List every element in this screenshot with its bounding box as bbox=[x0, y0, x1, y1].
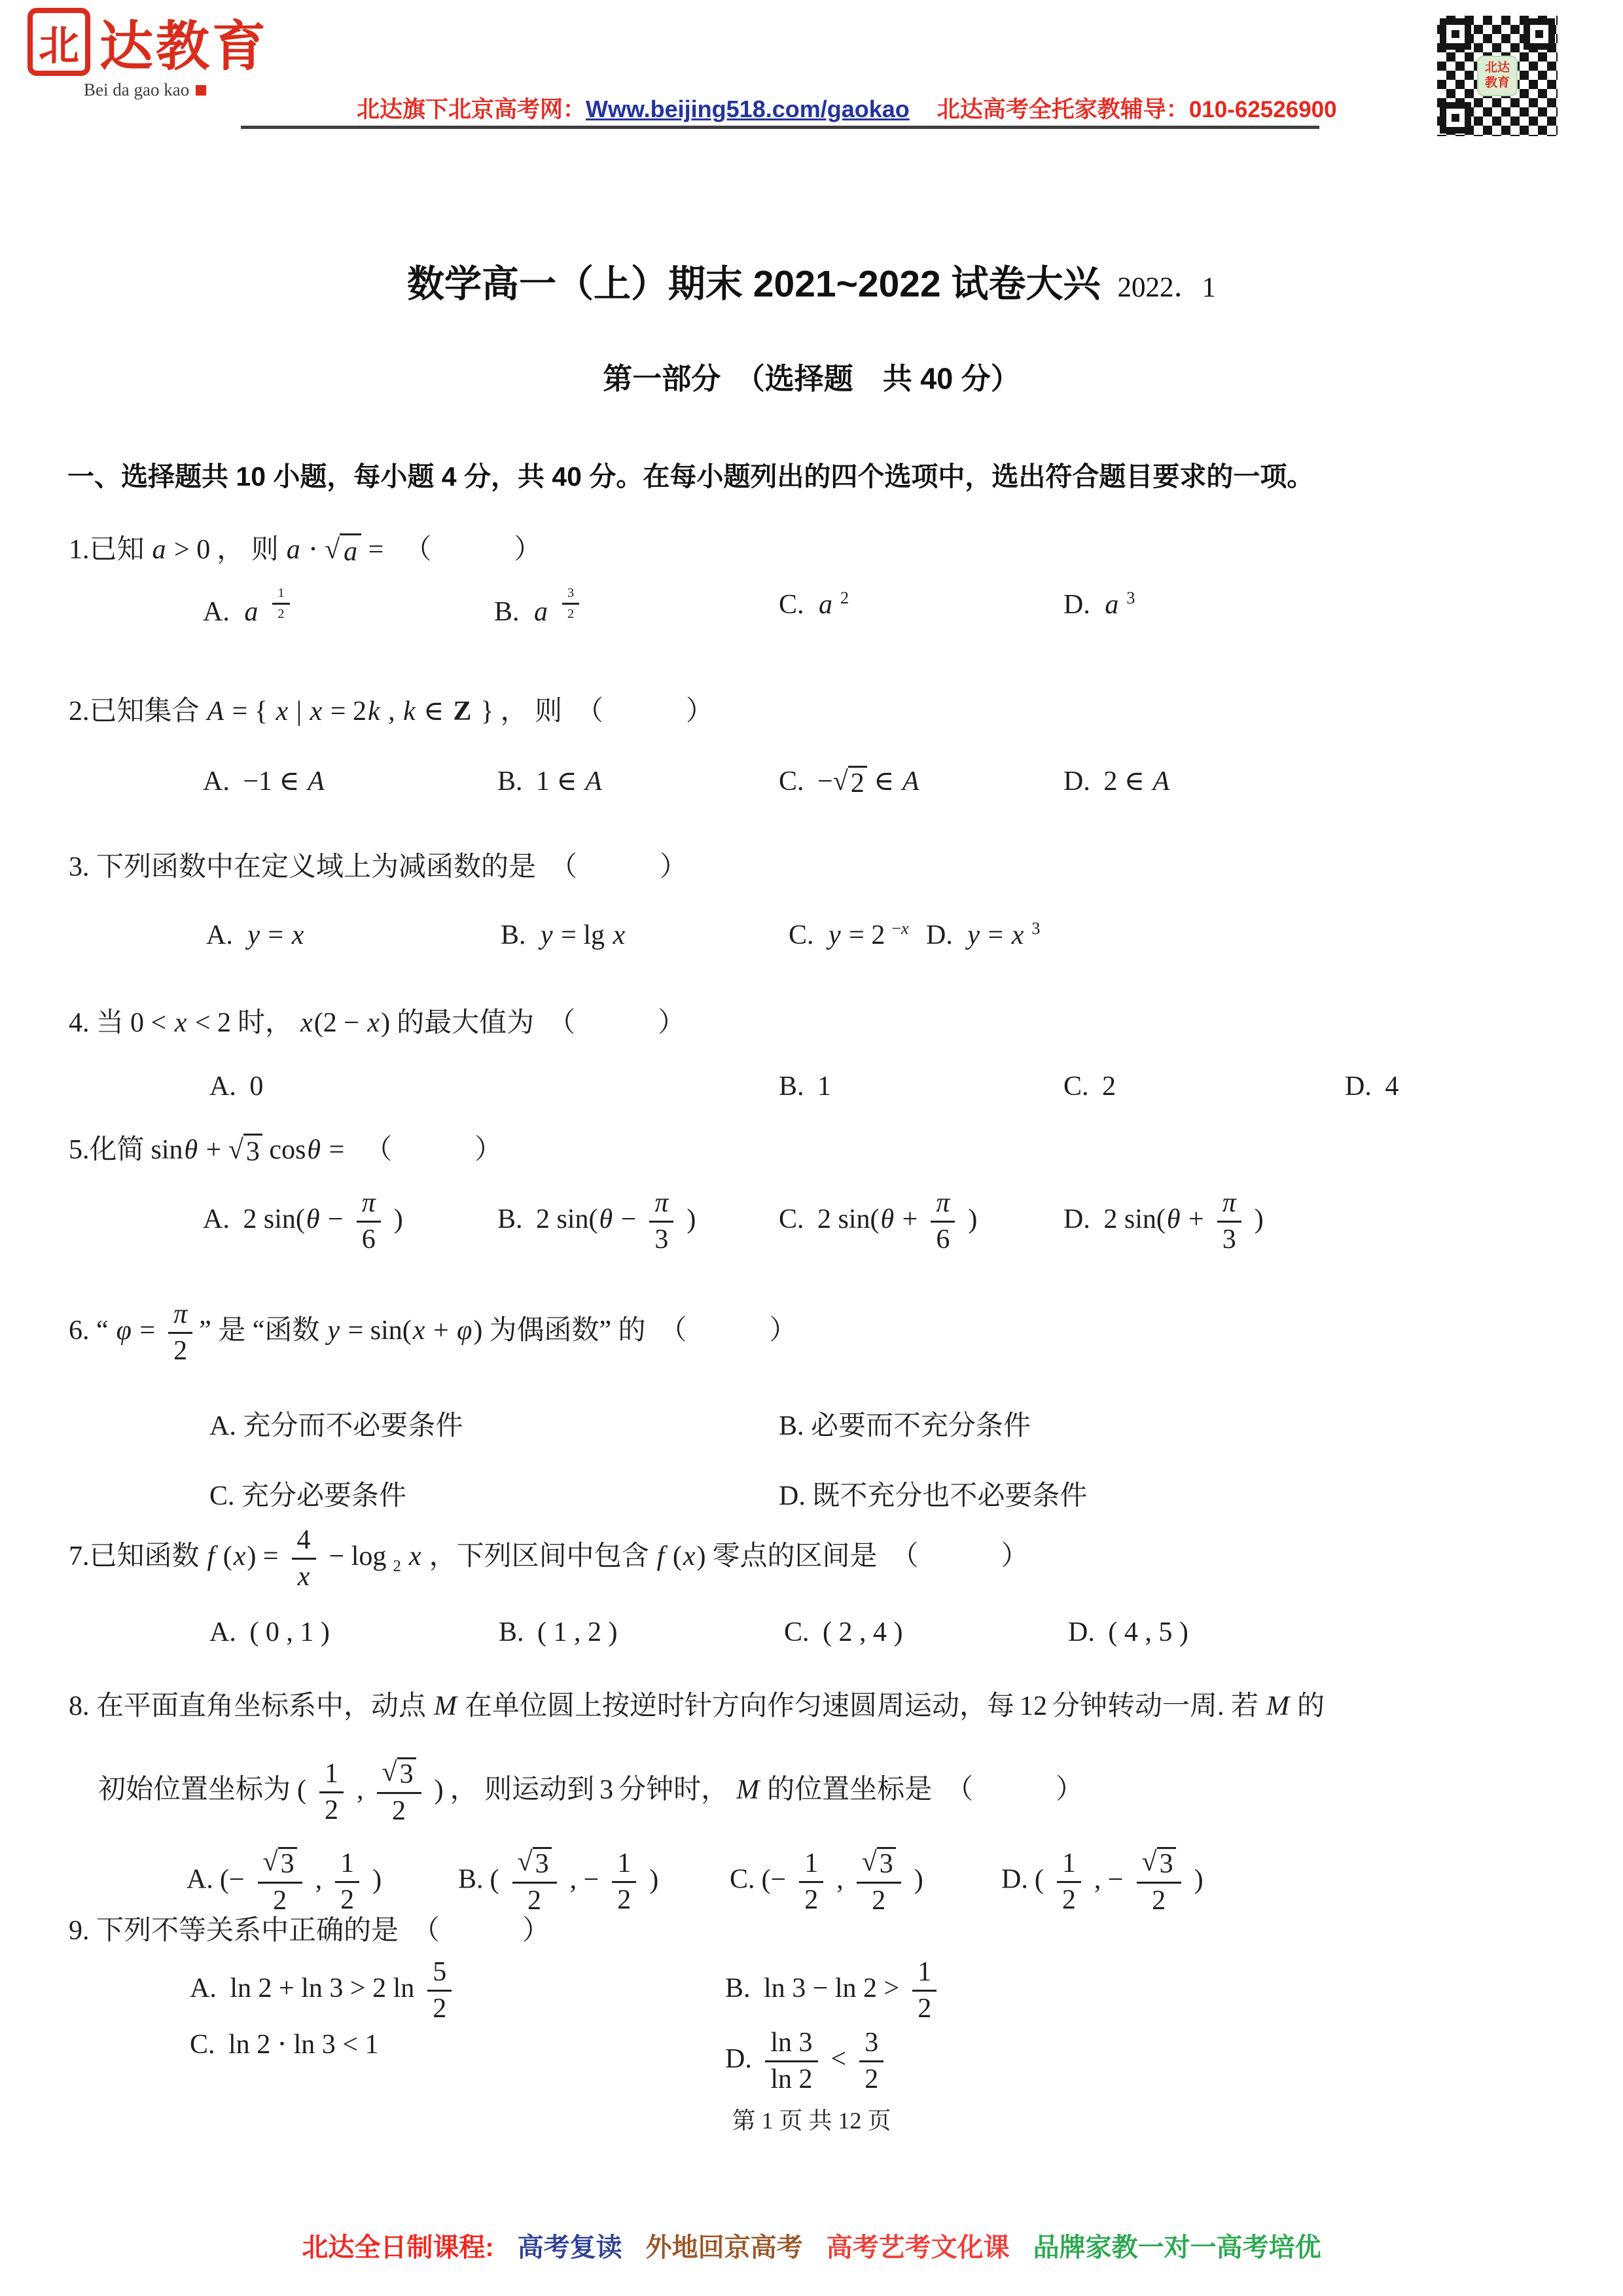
question-7-option-b: B. ( 1 , 2 ) bbox=[499, 1617, 624, 1648]
promo-segment: 高考艺考文化课 bbox=[827, 2233, 1010, 2262]
site-label: 北达旗下北京高考网： bbox=[357, 97, 586, 122]
question-1-option-a: A. a12 bbox=[203, 589, 296, 628]
question-2-option-c: C. −√2 ∈ A bbox=[779, 764, 927, 799]
question-4-option-a: A. 0 bbox=[209, 1071, 270, 1102]
question-8-option-c: C.(−12,√32) bbox=[730, 1847, 930, 1916]
question-9-option-c: C. ln 2 ⋅ ln 3 < 1 bbox=[190, 2028, 385, 2060]
header-divider bbox=[241, 126, 1319, 129]
question-5-option-d: D. 2 sin(θ +π3) bbox=[1063, 1188, 1270, 1255]
qr-logo-line1: 北达 bbox=[1485, 61, 1510, 76]
question-6-stem: 6. “φ =π2” 是 “函数y = sin(x + φ)为偶函数” 的 （ … bbox=[69, 1299, 797, 1367]
question-8-stem-line2: 初始位置坐标为(12,√32)， 则运动到3分钟时，M的位置坐标是 （ ） bbox=[98, 1757, 1083, 1827]
question-3-option-d: D. y = x3 bbox=[926, 920, 1040, 951]
question-6-option-b: B. 必要而不充分条件 bbox=[779, 1404, 1031, 1443]
promo-segment: 高考复读 bbox=[518, 2233, 622, 2262]
question-6-option-d: D. 既不充分也不必要条件 bbox=[779, 1474, 1087, 1513]
exam-title: 数学高一（上）期末 2021~2022 试卷大兴 2022．1 bbox=[0, 254, 1623, 308]
question-8-stem-line1: 8. 在平面直角坐标系中，动点M在单位圆上按逆时针方向作匀速圆周运动，每12分钟… bbox=[69, 1690, 1325, 1723]
qr-code-image: 北达 教育 bbox=[1437, 16, 1558, 136]
question-2-option-d: D. 2 ∈ A bbox=[1063, 764, 1177, 797]
question-5-options: A. 2 sin(θ −π6) B. 2 sin(θ −π3) C. 2 sin… bbox=[0, 1188, 1623, 1286]
question-9-option-b: B. ln 3 − ln 2 >12 bbox=[725, 1957, 943, 2024]
question-1-stem: 1.已知a > 0， 则a ⋅ √a = （ ） bbox=[69, 533, 541, 568]
question-8-option-a: A.(−√32,12) bbox=[187, 1847, 388, 1916]
question-1-options: A. a12 B. a32 C. a2 D. a3 bbox=[0, 589, 1623, 687]
logo-seal-char: 北 bbox=[39, 13, 79, 71]
question-5-stem: 5.化简sinθ + √3 cosθ = （ ） bbox=[69, 1134, 502, 1168]
qr-finder-icon bbox=[1440, 18, 1471, 50]
site-url-link[interactable]: Www.beijing518.com/gaokao bbox=[586, 96, 910, 122]
header-tagline: 北达旗下北京高考网：Www.beijing518.com/gaokao北达高考全… bbox=[357, 92, 1337, 124]
qr-logo-line2: 教育 bbox=[1485, 76, 1510, 91]
section-heading: 第一部分 （选择题 共 40 分） bbox=[0, 355, 1623, 397]
question-3-option-c: C. y = 2−x bbox=[789, 920, 909, 951]
question-1-option-c: C. a2 bbox=[779, 589, 849, 620]
question-9-options-row1: A. ln 2 + ln 3 > 2 ln52 B. ln 3 − ln 2 >… bbox=[0, 1957, 1623, 2036]
question-4-stem: 4. 当0 < x < 2时，x(2 − x)的最大值为 （ ） bbox=[69, 1007, 685, 1039]
question-6-option-c: C. 充分必要条件 bbox=[209, 1474, 406, 1513]
question-7-stem: 7.已知函数f (x) =4x− log2x，下列区间中包含f (x)零点的区间… bbox=[69, 1525, 1029, 1592]
promo-segment: 北达全日制课程: bbox=[302, 2233, 493, 2262]
page-number: 第 1 页 共 12 页 bbox=[0, 2102, 1623, 2136]
question-5-option-a: A. 2 sin(θ −π6) bbox=[203, 1188, 410, 1255]
question-3-option-a: A. y = x bbox=[206, 920, 312, 951]
question-4-option-c: C. 2 bbox=[1063, 1071, 1122, 1102]
red-square-icon bbox=[196, 85, 206, 96]
question-1-option-b: B. a32 bbox=[494, 589, 586, 628]
question-4-option-b: B. 1 bbox=[779, 1071, 838, 1102]
question-7-option-d: D. ( 4 , 5 ) bbox=[1068, 1617, 1195, 1648]
question-8-option-b: B.(√32, −12) bbox=[458, 1847, 665, 1916]
question-3-options: A. y = x B. y = lg x C. y = 2−x D. y = x… bbox=[0, 920, 1623, 1018]
question-2-option-a: A. −1 ∈ A bbox=[203, 764, 332, 797]
question-6-options-row1: A. 充分而不必要条件 B. 必要而不充分条件 bbox=[0, 1404, 1623, 1463]
footer-promo: 北达全日制课程:高考复读外地回京高考高考艺考文化课品牌家教一对一高考培优 bbox=[0, 2227, 1623, 2264]
question-8-option-d: D.(12, −√32) bbox=[1001, 1847, 1210, 1916]
question-2-options: A. −1 ∈ A B. 1 ∈ A C. −√2 ∈ A D. 2 ∈ A bbox=[0, 764, 1623, 863]
question-9-option-d: D. ln 3ln 2<32 bbox=[725, 2028, 890, 2095]
question-5-option-b: B. 2 sin(θ −π3) bbox=[497, 1188, 702, 1255]
exam-title-date: 2022．1 bbox=[1118, 272, 1217, 303]
question-7-options: A. ( 0 , 1 ) B. ( 1 , 2 ) C. ( 2 , 4 ) D… bbox=[0, 1617, 1623, 1676]
question-9-options-row2: C. ln 2 ⋅ ln 3 < 1 D. ln 3ln 2<32 bbox=[0, 2028, 1623, 2106]
promo-segment: 品牌家教一对一高考培优 bbox=[1033, 2233, 1321, 2262]
qr-center-logo: 北达 教育 bbox=[1477, 56, 1518, 96]
question-6-option-a: A. 充分而不必要条件 bbox=[209, 1404, 463, 1443]
instruction-text: 一、选择题共 10 小题，每小题 4 分，共 40 分。在每小题列出的四个选项中… bbox=[67, 455, 1313, 493]
logo-subtitle-text: Bei da gao kao bbox=[84, 80, 189, 99]
question-1-option-d: D. a3 bbox=[1063, 589, 1135, 620]
question-2-stem: 2.已知集合A = { x | x = 2k , k ∈Z}， 则 （ ） bbox=[69, 695, 713, 728]
logo-brand: 达教育 bbox=[99, 4, 268, 81]
qr-finder-icon bbox=[1440, 102, 1471, 134]
promo-segment: 外地回京高考 bbox=[646, 2233, 803, 2262]
question-6-options-row2: C. 充分必要条件 D. 既不充分也不必要条件 bbox=[0, 1474, 1623, 1533]
exam-title-main: 数学高一（上）期末 2021~2022 试卷大兴 bbox=[407, 263, 1101, 305]
exam-page: 北 达教育 Bei da gao kao 北达旗下北京高考网：Www.beiji… bbox=[0, 0, 1623, 2296]
tutor-label: 北达高考全托家教辅导： bbox=[937, 97, 1189, 122]
question-9-stem: 9. 下列不等关系中正确的是 （ ） bbox=[69, 1914, 550, 1947]
logo-seal: 北 bbox=[27, 8, 90, 76]
question-7-option-c: C. ( 2 , 4 ) bbox=[784, 1617, 910, 1648]
question-3-stem: 3. 下列函数中在定义域上为减函数的是 （ ） bbox=[69, 851, 687, 884]
question-4-option-d: D. 4 bbox=[1345, 1071, 1405, 1102]
question-7-option-a: A. ( 0 , 1 ) bbox=[209, 1617, 336, 1648]
qr-finder-icon bbox=[1524, 18, 1555, 50]
question-3-option-b: B. y = lg x bbox=[501, 920, 633, 951]
question-9-option-a: A. ln 2 + ln 3 > 2 ln52 bbox=[190, 1957, 458, 2024]
logo-subtitle: Bei da gao kao bbox=[84, 80, 206, 100]
question-2-option-b: B. 1 ∈ A bbox=[497, 764, 610, 797]
question-5-option-c: C. 2 sin(θ +π6) bbox=[779, 1188, 984, 1255]
tutor-phone: 010-62526900 bbox=[1189, 97, 1337, 122]
